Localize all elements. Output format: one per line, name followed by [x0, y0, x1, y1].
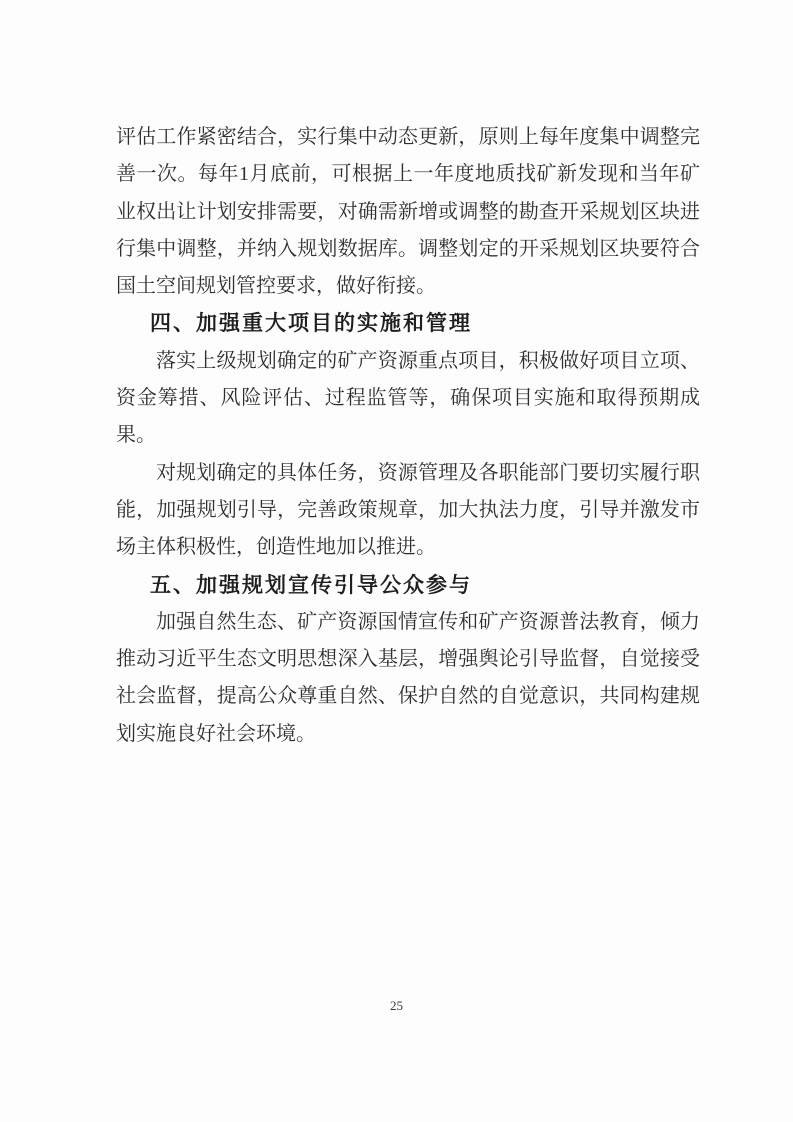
section-heading-4-major-projects: 四、加强重大项目的实施和管理	[116, 305, 700, 342]
document-page: 评估工作紧密结合，实行集中动态更新，原则上每年度集中调整完善一次。每年1月底前，…	[0, 0, 793, 1122]
page-number: 25	[0, 997, 793, 1015]
section-heading-5-public-participation: 五、加强规划宣传引导公众参与	[116, 567, 700, 604]
paragraph-specific-tasks: 对规划确定的具体任务，资源管理及各职能部门要切实履行职能，加强规划引导，完善政策…	[116, 455, 700, 567]
document-body: 评估工作紧密结合，实行集中动态更新，原则上每年度集中调整完善一次。每年1月底前，…	[116, 119, 700, 753]
paragraph-publicity-education: 加强自然生态、矿产资源国情宣传和矿产资源普法教育，倾力推动习近平生态文明思想深入…	[116, 604, 700, 753]
paragraph-adjustment-mechanism: 评估工作紧密结合，实行集中动态更新，原则上每年度集中调整完善一次。每年1月底前，…	[116, 119, 700, 305]
paragraph-key-projects: 落实上级规划确定的矿产资源重点项目，积极做好项目立项、资金筹措、风险评估、过程监…	[116, 343, 700, 455]
